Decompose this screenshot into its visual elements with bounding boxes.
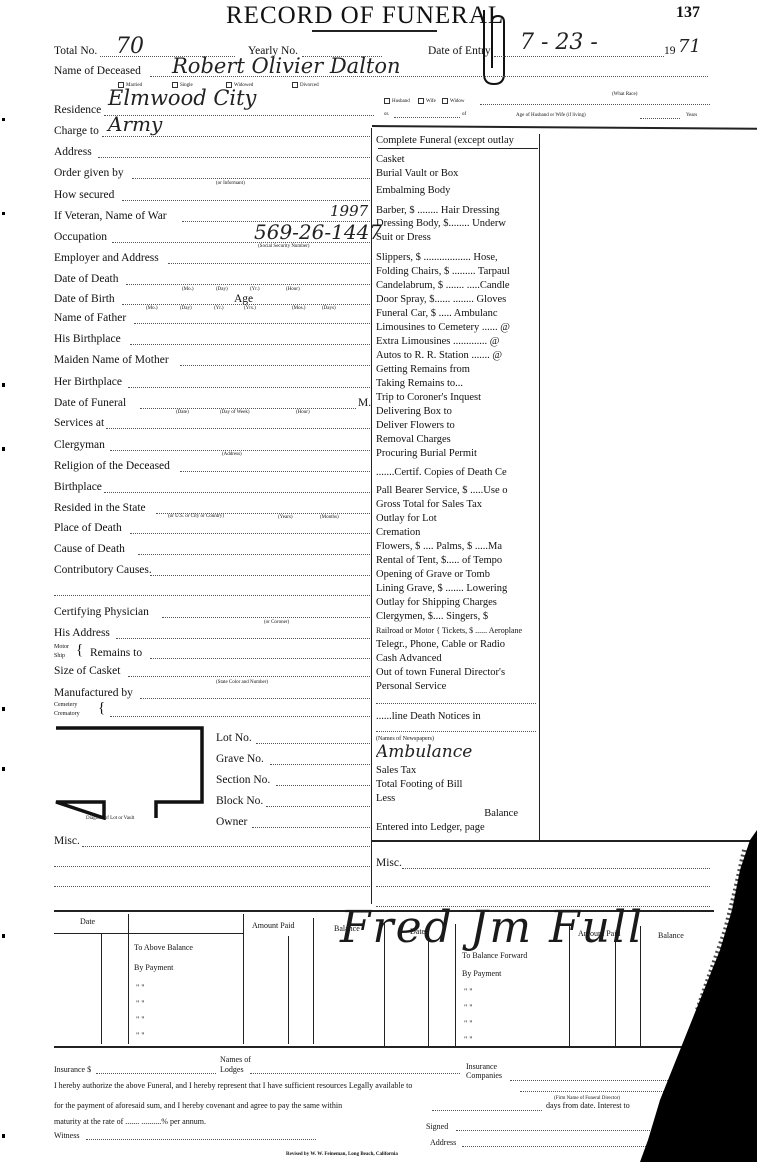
charge-row: Candelabrum, $ ....... .....Candle bbox=[376, 280, 538, 292]
occupation-label: Occupation bbox=[54, 230, 107, 244]
charge-row: Gross Total for Sales Tax bbox=[376, 499, 538, 511]
days-text: days from date. Interest to bbox=[546, 1102, 630, 1109]
spouse-wife[interactable]: Wife bbox=[418, 98, 436, 105]
hint-day-of-week: (Day of Week) bbox=[220, 410, 250, 416]
owner-line bbox=[252, 827, 372, 828]
cause-line bbox=[138, 554, 372, 555]
lot-line bbox=[256, 743, 372, 744]
scan-shadow bbox=[640, 830, 757, 1162]
hint-yrs: (Yrs.) bbox=[244, 306, 256, 312]
charge-row: Out of town Funeral Director's bbox=[376, 667, 538, 679]
spouse-or-line bbox=[394, 117, 460, 118]
ledger-row-label: " " bbox=[136, 1032, 145, 1039]
scan-speck bbox=[2, 447, 5, 451]
charges-blank-line bbox=[376, 703, 536, 704]
informant-hint: (or Informant) bbox=[216, 181, 245, 187]
lot-no-label: Lot No. bbox=[216, 731, 252, 745]
services-at-label: Services at bbox=[54, 416, 104, 430]
hint-mos: (Mos.) bbox=[292, 306, 305, 312]
maiden-name-label: Maiden Name of Mother bbox=[54, 353, 169, 367]
date-of-death-line bbox=[126, 284, 372, 285]
charge-row: Embalming Body bbox=[376, 185, 538, 197]
complete-funeral-underline bbox=[378, 148, 538, 149]
ledger-col bbox=[615, 940, 616, 1047]
interest-rate-text: maturity at the rate of ....... ........… bbox=[54, 1118, 206, 1125]
clergyman-line bbox=[110, 450, 372, 451]
ledger-col bbox=[101, 934, 102, 1044]
charge-row: Lining Grave, $ ....... Lowering bbox=[376, 583, 538, 595]
how-secured-line bbox=[122, 200, 372, 201]
authorization-text: for the payment of aforesaid sum, and I … bbox=[54, 1102, 342, 1109]
address-label: Address bbox=[430, 1139, 456, 1146]
scan-speck bbox=[2, 934, 5, 938]
certifying-physician-label: Certifying Physician bbox=[54, 605, 149, 619]
charge-to-line bbox=[102, 136, 372, 137]
charge-row: Dressing Body, $........ Underw bbox=[376, 218, 538, 230]
spouse-husband[interactable]: Husband bbox=[384, 98, 410, 105]
name-of-deceased-value[interactable]: Robert Olivier Dalton bbox=[172, 54, 401, 78]
charge-row: Autos to R. R. Station ....... @ bbox=[376, 350, 538, 362]
clergyman-label: Clergyman bbox=[54, 438, 105, 452]
employer-line bbox=[168, 263, 372, 264]
his-address-label: His Address bbox=[54, 626, 110, 640]
coroner-hint: (or Coroner) bbox=[264, 620, 289, 626]
grave-no-label: Grave No. bbox=[216, 752, 264, 766]
charge-row: Burial Vault or Box bbox=[376, 168, 538, 180]
owner-label: Owner bbox=[216, 815, 247, 829]
charge-row: Cash Advanced bbox=[376, 653, 538, 665]
insurance-label: Insurance $ bbox=[54, 1066, 91, 1073]
address-line bbox=[98, 157, 372, 158]
hint-us-city: (or U.S. or City or Country) bbox=[168, 514, 224, 520]
charge-row: Suit or Dress bbox=[376, 232, 538, 244]
newspaper-value[interactable]: Ambulance bbox=[376, 742, 538, 762]
charge-row: Pall Bearer Service, $ .....Use o bbox=[376, 485, 538, 497]
charge-row: Less bbox=[376, 793, 538, 805]
charge-row: Personal Service bbox=[376, 681, 538, 693]
year-prefix: 19 bbox=[664, 44, 676, 58]
brace: { bbox=[98, 701, 105, 715]
cemetery-line bbox=[110, 716, 372, 717]
date-of-funeral-label: Date of Funeral bbox=[54, 396, 126, 410]
days-line bbox=[432, 1110, 542, 1111]
ledger-row-label: By Payment bbox=[134, 964, 173, 971]
top-divider bbox=[372, 125, 757, 130]
hint-years: (Years) bbox=[278, 515, 293, 521]
charge-row: Deliver Flowers to bbox=[376, 420, 538, 432]
misc-left-line-2 bbox=[54, 866, 372, 867]
date-of-birth-label: Date of Birth bbox=[54, 292, 115, 306]
his-birthplace-line bbox=[130, 344, 372, 345]
ledger-col bbox=[243, 914, 244, 1044]
ledger-col bbox=[313, 918, 314, 1044]
charge-row: Funeral Car, $ ..... Ambulanc bbox=[376, 308, 538, 320]
misc-left-line-3 bbox=[54, 886, 372, 887]
signature: Fred Jm Full bbox=[340, 902, 644, 953]
charge-row: Sales Tax bbox=[376, 765, 538, 777]
religion-label: Religion of the Deceased bbox=[54, 459, 170, 473]
charge-row: Outlay for Shipping Charges bbox=[376, 597, 538, 609]
charge-row: Outlay for Lot bbox=[376, 513, 538, 525]
order-given-line bbox=[132, 178, 372, 179]
manufactured-line bbox=[140, 698, 372, 699]
ledger-col bbox=[428, 940, 429, 1047]
grave-line bbox=[270, 764, 372, 765]
charge-row: Balance bbox=[376, 808, 538, 820]
casket-size-line bbox=[128, 676, 372, 677]
ledger-row-label: By Payment bbox=[462, 970, 501, 977]
hint-day: (Day) bbox=[216, 287, 228, 293]
manufactured-by-label: Manufactured by bbox=[54, 686, 133, 700]
m-suffix: M. bbox=[358, 396, 371, 410]
charge-row: Opening of Grave or Tomb bbox=[376, 569, 538, 581]
insurance-co-label: Companies bbox=[466, 1072, 502, 1079]
his-birthplace-label: His Birthplace bbox=[54, 332, 121, 346]
her-birthplace-line bbox=[128, 387, 372, 388]
residence-label: Residence bbox=[54, 103, 101, 117]
address-hint: (Address) bbox=[222, 452, 242, 458]
ledger-col bbox=[288, 936, 289, 1044]
charge-row: Trip to Coroner's Inquest bbox=[376, 392, 538, 404]
date-of-death-label: Date of Death bbox=[54, 272, 119, 286]
charge-row: Telegr., Phone, Cable or Radio bbox=[376, 639, 538, 651]
charges-blank-line bbox=[376, 731, 536, 732]
charge-row: Door Spray, $...... ........ Gloves bbox=[376, 294, 538, 306]
lot-diagram bbox=[54, 726, 204, 820]
remains-line bbox=[150, 658, 372, 659]
block-no-label: Block No. bbox=[216, 794, 263, 808]
diagram-caption: Diagram of Lot or Vault bbox=[86, 816, 134, 822]
revised-by-text: Revised by W. W. Feineman, Long Beach, C… bbox=[286, 1152, 398, 1158]
religion-line bbox=[180, 471, 372, 472]
date-of-entry-label: Date of Entry bbox=[428, 44, 491, 58]
size-of-casket-label: Size of Casket bbox=[54, 664, 120, 678]
ledger-row-label: To Above Balance bbox=[134, 944, 193, 951]
insurance-co-label: Insurance bbox=[466, 1063, 497, 1070]
place-of-death-line bbox=[130, 533, 372, 534]
contributory-causes-label: Contributory Causes. bbox=[54, 563, 152, 577]
charge-row: Casket bbox=[376, 154, 538, 166]
signed-label: Signed bbox=[426, 1123, 448, 1130]
cemetery-label: Cemetery bbox=[54, 702, 77, 709]
age-label: Age bbox=[234, 292, 253, 306]
ledger-col bbox=[128, 914, 129, 1044]
residence-value[interactable]: Elmwood City bbox=[108, 86, 256, 110]
age-of-spouse-label: Age of Husband or Wife (if living) bbox=[516, 113, 586, 119]
section-no-label: Section No. bbox=[216, 773, 270, 787]
veteran-war-value[interactable]: 1997 bbox=[330, 202, 368, 220]
charge-row: Taking Remains to... bbox=[376, 378, 538, 390]
date-of-entry-line bbox=[494, 56, 664, 57]
ledger-row-label: " " bbox=[464, 1036, 473, 1043]
place-of-death-label: Place of Death bbox=[54, 521, 122, 535]
how-secured-label: How secured bbox=[54, 188, 114, 202]
authorization-text: I hereby authorize the above Funeral, an… bbox=[54, 1082, 412, 1089]
column-divider bbox=[371, 128, 372, 904]
spouse-or: or. bbox=[384, 112, 389, 118]
charge-row: Getting Remains from bbox=[376, 364, 538, 376]
charge-to-value[interactable]: Army bbox=[108, 112, 162, 136]
years-label: Years bbox=[686, 113, 697, 119]
charge-row: Removal Charges bbox=[376, 434, 538, 446]
ledger-bottom-rule bbox=[54, 1046, 714, 1048]
year-value[interactable]: 71 bbox=[678, 36, 701, 57]
charge-row: Cremation bbox=[376, 527, 538, 539]
lodges-label: Names of bbox=[220, 1056, 251, 1063]
charge-row: Rental of Tent, $..... of Tempo bbox=[376, 555, 538, 567]
charge-row: Procuring Burial Permit bbox=[376, 448, 538, 460]
charge-row: Total Footing of Bill bbox=[376, 779, 538, 791]
social-security-value[interactable]: 569-26-1447 bbox=[254, 220, 382, 244]
age-spouse-line bbox=[640, 118, 680, 119]
misc-left-line bbox=[82, 846, 372, 847]
total-no-label: Total No. bbox=[54, 44, 97, 58]
charge-row: Railroad or Motor { Tickets, $ ...... Ae… bbox=[376, 625, 538, 637]
ledger-row-label: " " bbox=[464, 1020, 473, 1027]
charge-row: Delivering Box to bbox=[376, 406, 538, 418]
order-given-by-label: Order given by bbox=[54, 166, 124, 180]
employer-label: Employer and Address bbox=[54, 251, 159, 265]
witness-line bbox=[86, 1139, 316, 1140]
ledger-row-label: " " bbox=[464, 988, 473, 995]
ledger-row-label: " " bbox=[464, 1004, 473, 1011]
spouse-line bbox=[480, 104, 710, 105]
date-of-entry-value[interactable]: 7 - 23 - bbox=[520, 30, 598, 55]
charge-row: Flowers, $ .... Palms, $ .....Ma bbox=[376, 541, 538, 553]
father-line bbox=[134, 323, 372, 324]
ledger-header-rule bbox=[54, 933, 244, 934]
title-underline bbox=[312, 30, 437, 32]
scan-speck bbox=[2, 212, 5, 215]
ledger-row-label: To Balance Forward bbox=[462, 952, 527, 959]
spouse-of: of bbox=[462, 112, 466, 118]
lodges-line bbox=[250, 1073, 460, 1074]
color-number-hint: (State Color and Number) bbox=[216, 680, 268, 686]
scan-speck bbox=[2, 707, 5, 711]
lodges-label: Lodges bbox=[220, 1066, 244, 1073]
ledger-amount-header: Amount Paid bbox=[252, 922, 294, 929]
scan-speck bbox=[2, 1134, 5, 1138]
hint-months: (Months) bbox=[320, 515, 339, 521]
contributory-line bbox=[150, 575, 372, 576]
charge-row: Slippers, $ .................. Hose, bbox=[376, 252, 538, 264]
funeral-date-line bbox=[140, 408, 356, 409]
what-race-hint: (What Race) bbox=[612, 92, 637, 98]
scan-speck bbox=[2, 767, 5, 771]
charge-row: ......line Death Notices in bbox=[376, 711, 538, 723]
misc-right-label: Misc. bbox=[376, 856, 402, 870]
charge-row: Entered into Ledger, page bbox=[376, 822, 538, 834]
ship-label: Ship bbox=[54, 653, 65, 660]
charge-row: Extra Limousines ............. @ bbox=[376, 336, 538, 348]
form-title: RECORD OF FUNERAL bbox=[226, 2, 504, 30]
his-address-line bbox=[116, 638, 372, 639]
address-label: Address bbox=[54, 145, 92, 159]
hint-hour: (Hour) bbox=[286, 287, 300, 293]
ssn-hint: (Social Security Number) bbox=[258, 244, 309, 250]
name-of-father-label: Name of Father bbox=[54, 311, 126, 325]
misc-left-label: Misc. bbox=[54, 834, 80, 848]
crematory-label: Crematory bbox=[54, 711, 80, 718]
hint-date: (Date) bbox=[176, 410, 189, 416]
scan-speck bbox=[2, 118, 5, 121]
charge-row: .......Certif. Copies of Death Ce bbox=[376, 467, 538, 479]
remains-to-label: Remains to bbox=[90, 646, 142, 660]
charge-row: Folding Chairs, $ ......... Tarpaul bbox=[376, 266, 538, 278]
motor-label: Motor bbox=[54, 644, 69, 651]
ledger-row-label: " " bbox=[136, 1000, 145, 1007]
block-line bbox=[266, 806, 372, 807]
contributory-line-2 bbox=[54, 595, 372, 596]
services-line bbox=[106, 428, 372, 429]
her-birthplace-label: Her Birthplace bbox=[54, 375, 122, 389]
birthplace-line bbox=[104, 492, 372, 493]
total-no-value[interactable]: 70 bbox=[116, 34, 144, 59]
hint-mo: (Mo.) bbox=[182, 287, 194, 293]
ledger-date-header: Date bbox=[80, 918, 95, 925]
birthplace-label: Birthplace bbox=[54, 480, 102, 494]
spouse-widow[interactable]: Widow bbox=[442, 98, 465, 105]
charge-row: Barber, $ ........ Hair Dressing bbox=[376, 205, 538, 217]
veteran-war-label: If Veteran, Name of War bbox=[54, 209, 167, 223]
marital-divorced[interactable]: Divorced bbox=[292, 82, 319, 89]
ledger-row-label: " " bbox=[136, 1016, 145, 1023]
insurance-line bbox=[96, 1073, 216, 1074]
hint-day: (Day) bbox=[180, 306, 192, 312]
hint-yr: (Yr.) bbox=[214, 306, 224, 312]
cause-of-death-label: Cause of Death bbox=[54, 542, 125, 556]
charge-to-label: Charge to bbox=[54, 124, 99, 138]
charge-row: Limousines to Cemetery ...... @ bbox=[376, 322, 538, 334]
physician-line bbox=[162, 617, 372, 618]
maiden-line bbox=[180, 365, 372, 366]
hint-days: (Days) bbox=[322, 306, 336, 312]
name-of-deceased-label: Name of Deceased bbox=[54, 64, 141, 78]
resided-label: Resided in the State bbox=[54, 501, 146, 515]
charges-right-edge bbox=[539, 134, 540, 840]
charge-row: Complete Funeral (except outlay bbox=[376, 135, 538, 147]
section-line bbox=[276, 785, 372, 786]
scan-speck bbox=[2, 383, 5, 387]
ledger-row-label: " " bbox=[136, 984, 145, 991]
brace: { bbox=[76, 643, 83, 657]
page-number: 137 bbox=[676, 4, 700, 22]
hint-hour: (Hour) bbox=[296, 410, 310, 416]
witness-label: Witness bbox=[54, 1132, 79, 1139]
charge-row: Clergymen, $.... Singers, $ bbox=[376, 611, 538, 623]
hint-mo: (Mo.) bbox=[146, 306, 158, 312]
